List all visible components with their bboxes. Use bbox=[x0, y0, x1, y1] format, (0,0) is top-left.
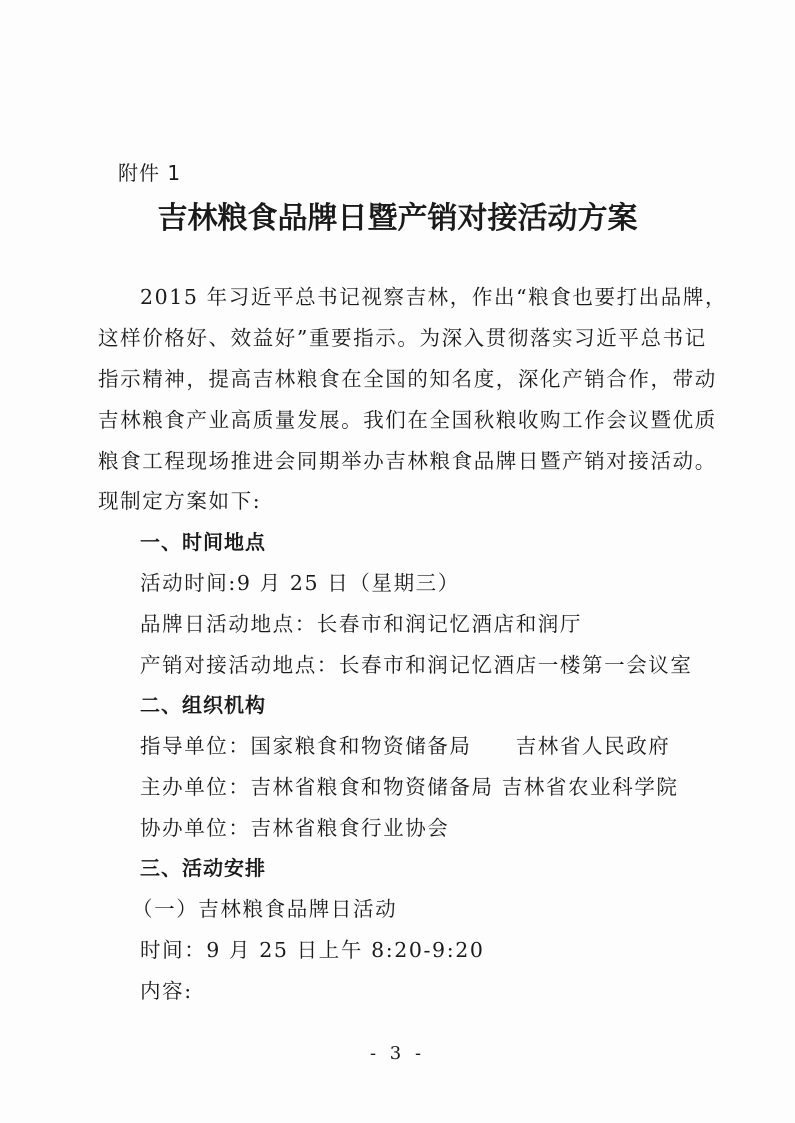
intro-line: 2015 年习近平总书记视察吉林，作出“粮食也要打出品牌， bbox=[140, 283, 760, 311]
time-place-line: 品牌日活动地点：长春市和润记忆酒店和润厅 bbox=[140, 610, 760, 638]
attachment-label: 附件 1 bbox=[118, 157, 181, 186]
section-heading-time-place: 一、时间地点 bbox=[140, 528, 760, 556]
intro-line: 吉林粮食产业高质量发展。我们在全国秋粮收购工作会议暨优质 bbox=[98, 406, 718, 434]
section-heading-organization: 二、组织机构 bbox=[140, 691, 760, 719]
intro-line: 粮食工程现场推进会同期举办吉林粮食品牌日暨产销对接活动。 bbox=[98, 447, 718, 475]
intro-line: 指示精神，提高吉林粮食在全国的知名度，深化产销合作，带动 bbox=[98, 365, 718, 393]
arrangement-line: 时间：9 月 25 日上午 8:20-9:20 bbox=[140, 936, 760, 964]
section-heading-arrangement: 三、活动安排 bbox=[140, 854, 760, 882]
document-page: 附件 1 吉林粮食品牌日暨产销对接活动方案 2015 年习近平总书记视察吉林，作… bbox=[0, 0, 795, 1123]
organization-line: 指导单位：国家粮食和物资储备局 吉林省人民政府 bbox=[140, 732, 760, 760]
arrangement-line: 内容: bbox=[140, 977, 760, 1005]
time-place-line: 产销对接活动地点：长春市和润记忆酒店一楼第一会议室 bbox=[140, 651, 760, 679]
time-place-line: 活动时间:9 月 25 日（星期三） bbox=[140, 569, 760, 597]
arrangement-subheading: （一）吉林粮食品牌日活动 bbox=[132, 895, 752, 923]
organization-line: 主办单位：吉林省粮食和物资储备局 吉林省农业科学院 bbox=[140, 773, 760, 801]
intro-line: 这样价格好、效益好”重要指示。为深入贯彻落实习近平总书记 bbox=[98, 324, 718, 352]
intro-line: 现制定方案如下: bbox=[98, 487, 718, 515]
organization-line: 协办单位：吉林省粮食行业协会 bbox=[140, 814, 760, 842]
page-number: - 3 - bbox=[0, 1043, 795, 1064]
document-title: 吉林粮食品牌日暨产销对接活动方案 bbox=[0, 193, 795, 237]
